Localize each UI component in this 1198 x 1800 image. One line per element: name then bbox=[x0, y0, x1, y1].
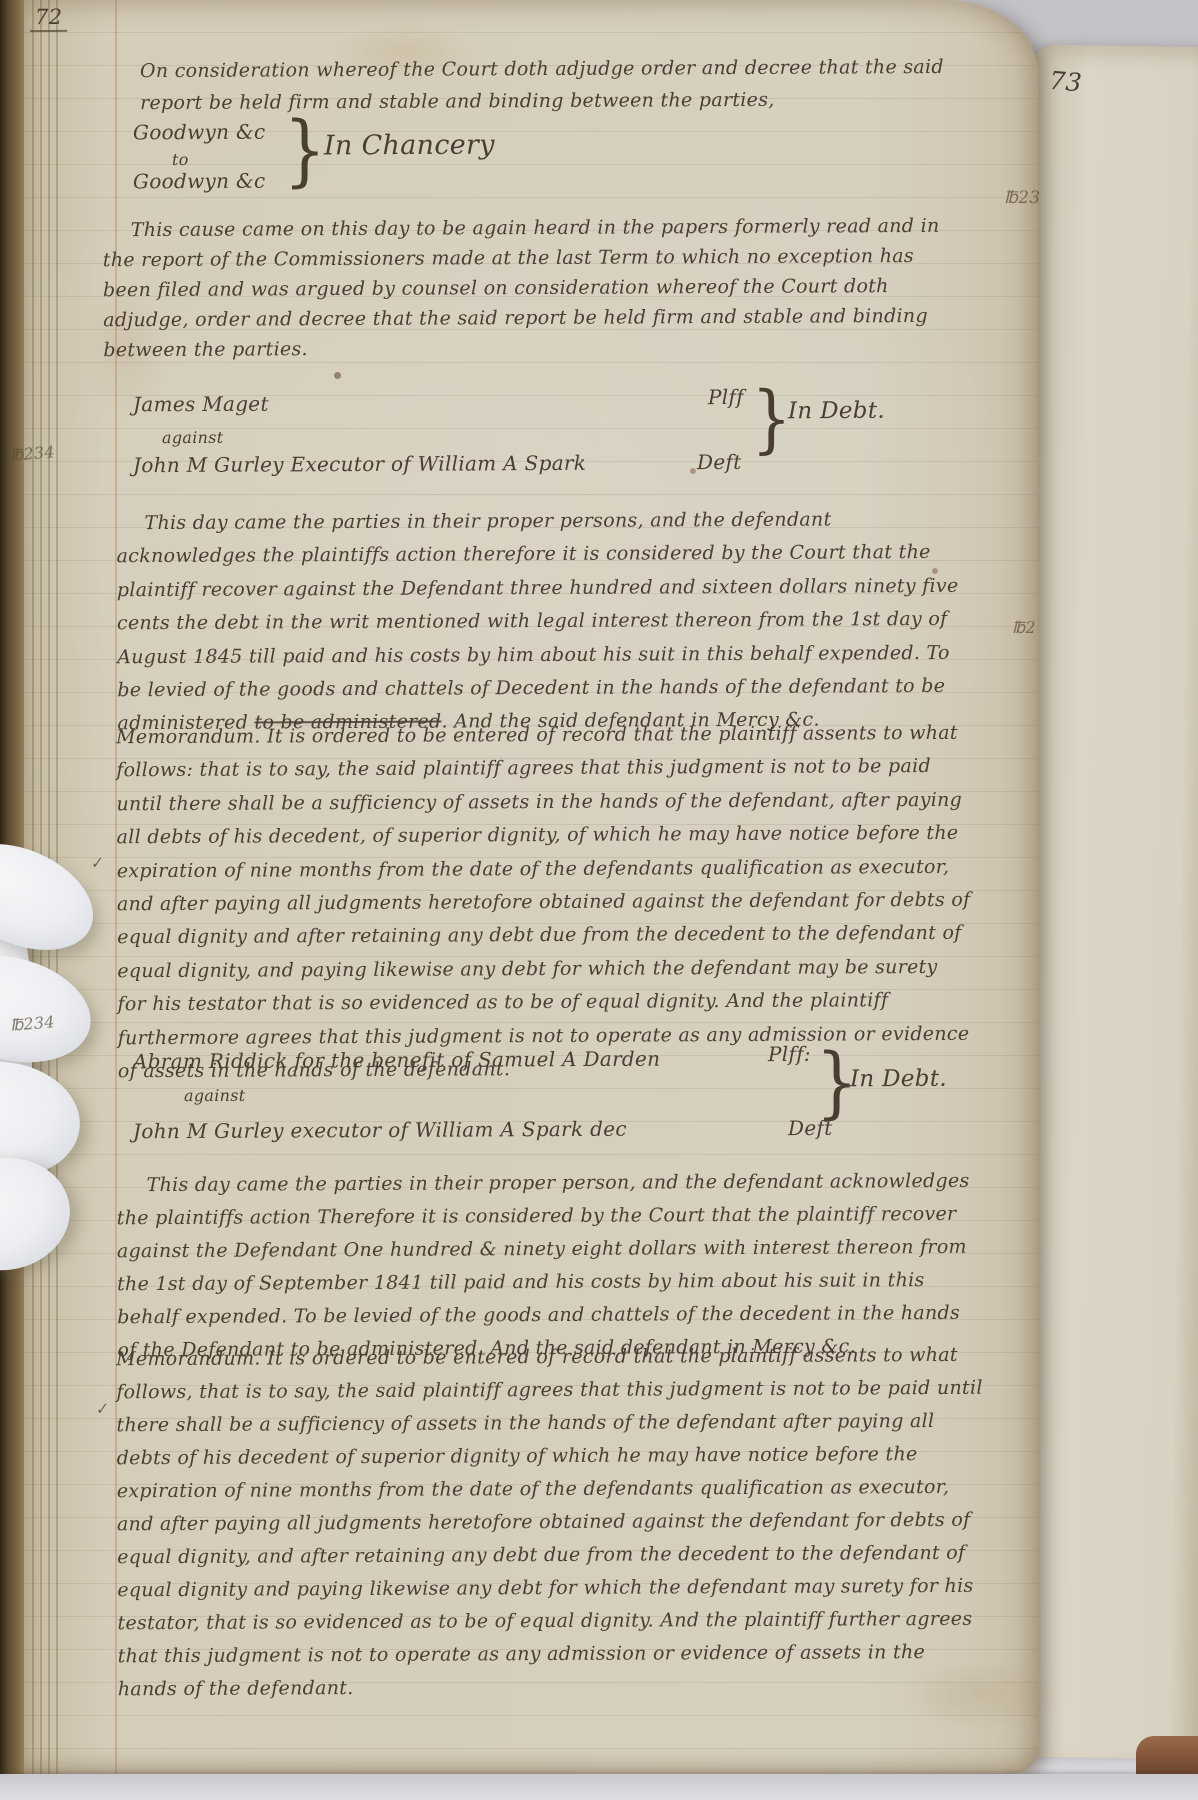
book-cover-edge bbox=[1136, 1736, 1198, 1776]
right-page-folio-note: ℔2 bbox=[1012, 618, 1036, 637]
riddick-judgment: This day came the parties in their prope… bbox=[116, 1165, 979, 1368]
judgment-text: This day came the parties in their prope… bbox=[117, 508, 959, 734]
manuscript-photo: 73 72 On consideration whereof the Court… bbox=[0, 0, 1198, 1800]
table-surface bbox=[0, 1774, 1198, 1800]
chancery-party-top: Goodwyn &c bbox=[133, 120, 266, 145]
riddick-action-label: In Debt. bbox=[850, 1066, 947, 1093]
margin-check-mark: ✓ bbox=[89, 853, 105, 873]
margin-check-mark: ✓ bbox=[94, 1399, 110, 1419]
maget-defendant-label: Deft bbox=[697, 450, 742, 474]
maget-action-label: In Debt. bbox=[788, 398, 885, 425]
riddick-plaintiff: Abram Riddick for the benefit of Samuel … bbox=[133, 1047, 660, 1074]
maget-versus: against bbox=[162, 428, 224, 447]
maget-plaintiff: James Maget bbox=[133, 392, 269, 417]
left-page-number: 72 bbox=[30, 5, 67, 32]
case-brace: } bbox=[752, 382, 792, 456]
decree-fragment: On consideration whereof the Court doth … bbox=[140, 51, 952, 119]
maget-defendant: John M Gurley Executor of William A Spar… bbox=[133, 451, 586, 477]
margin-folio-note: ℔234 bbox=[9, 1012, 55, 1035]
riddick-versus: against bbox=[184, 1086, 246, 1105]
case-brace: } bbox=[284, 112, 326, 190]
maget-memorandum: Memorandum. It is ordered to be entered … bbox=[116, 717, 972, 1089]
margin-folio-note: ℔234 bbox=[9, 442, 55, 465]
maget-plaintiff-label: Plff bbox=[708, 385, 744, 409]
riddick-defendant-label: Deft bbox=[788, 1116, 833, 1140]
riddick-memorandum: Memorandum. It is ordered to be entered … bbox=[116, 1339, 988, 1707]
maget-judgment: This day came the parties in their prope… bbox=[116, 503, 969, 741]
chancery-decree-body: This cause came on this day to be again … bbox=[103, 211, 954, 365]
chancery-versus: to bbox=[172, 150, 189, 169]
riddick-defendant: John M Gurley executor of William A Spar… bbox=[133, 1117, 627, 1144]
chancery-party-bottom: Goodwyn &c bbox=[133, 169, 266, 194]
right-page-folio-note: ℔23 bbox=[1004, 188, 1041, 208]
chancery-court-label: In Chancery bbox=[324, 130, 495, 162]
riddick-plaintiff-label: Plff: bbox=[768, 1042, 811, 1066]
right-page-number: 73 bbox=[1048, 66, 1083, 98]
